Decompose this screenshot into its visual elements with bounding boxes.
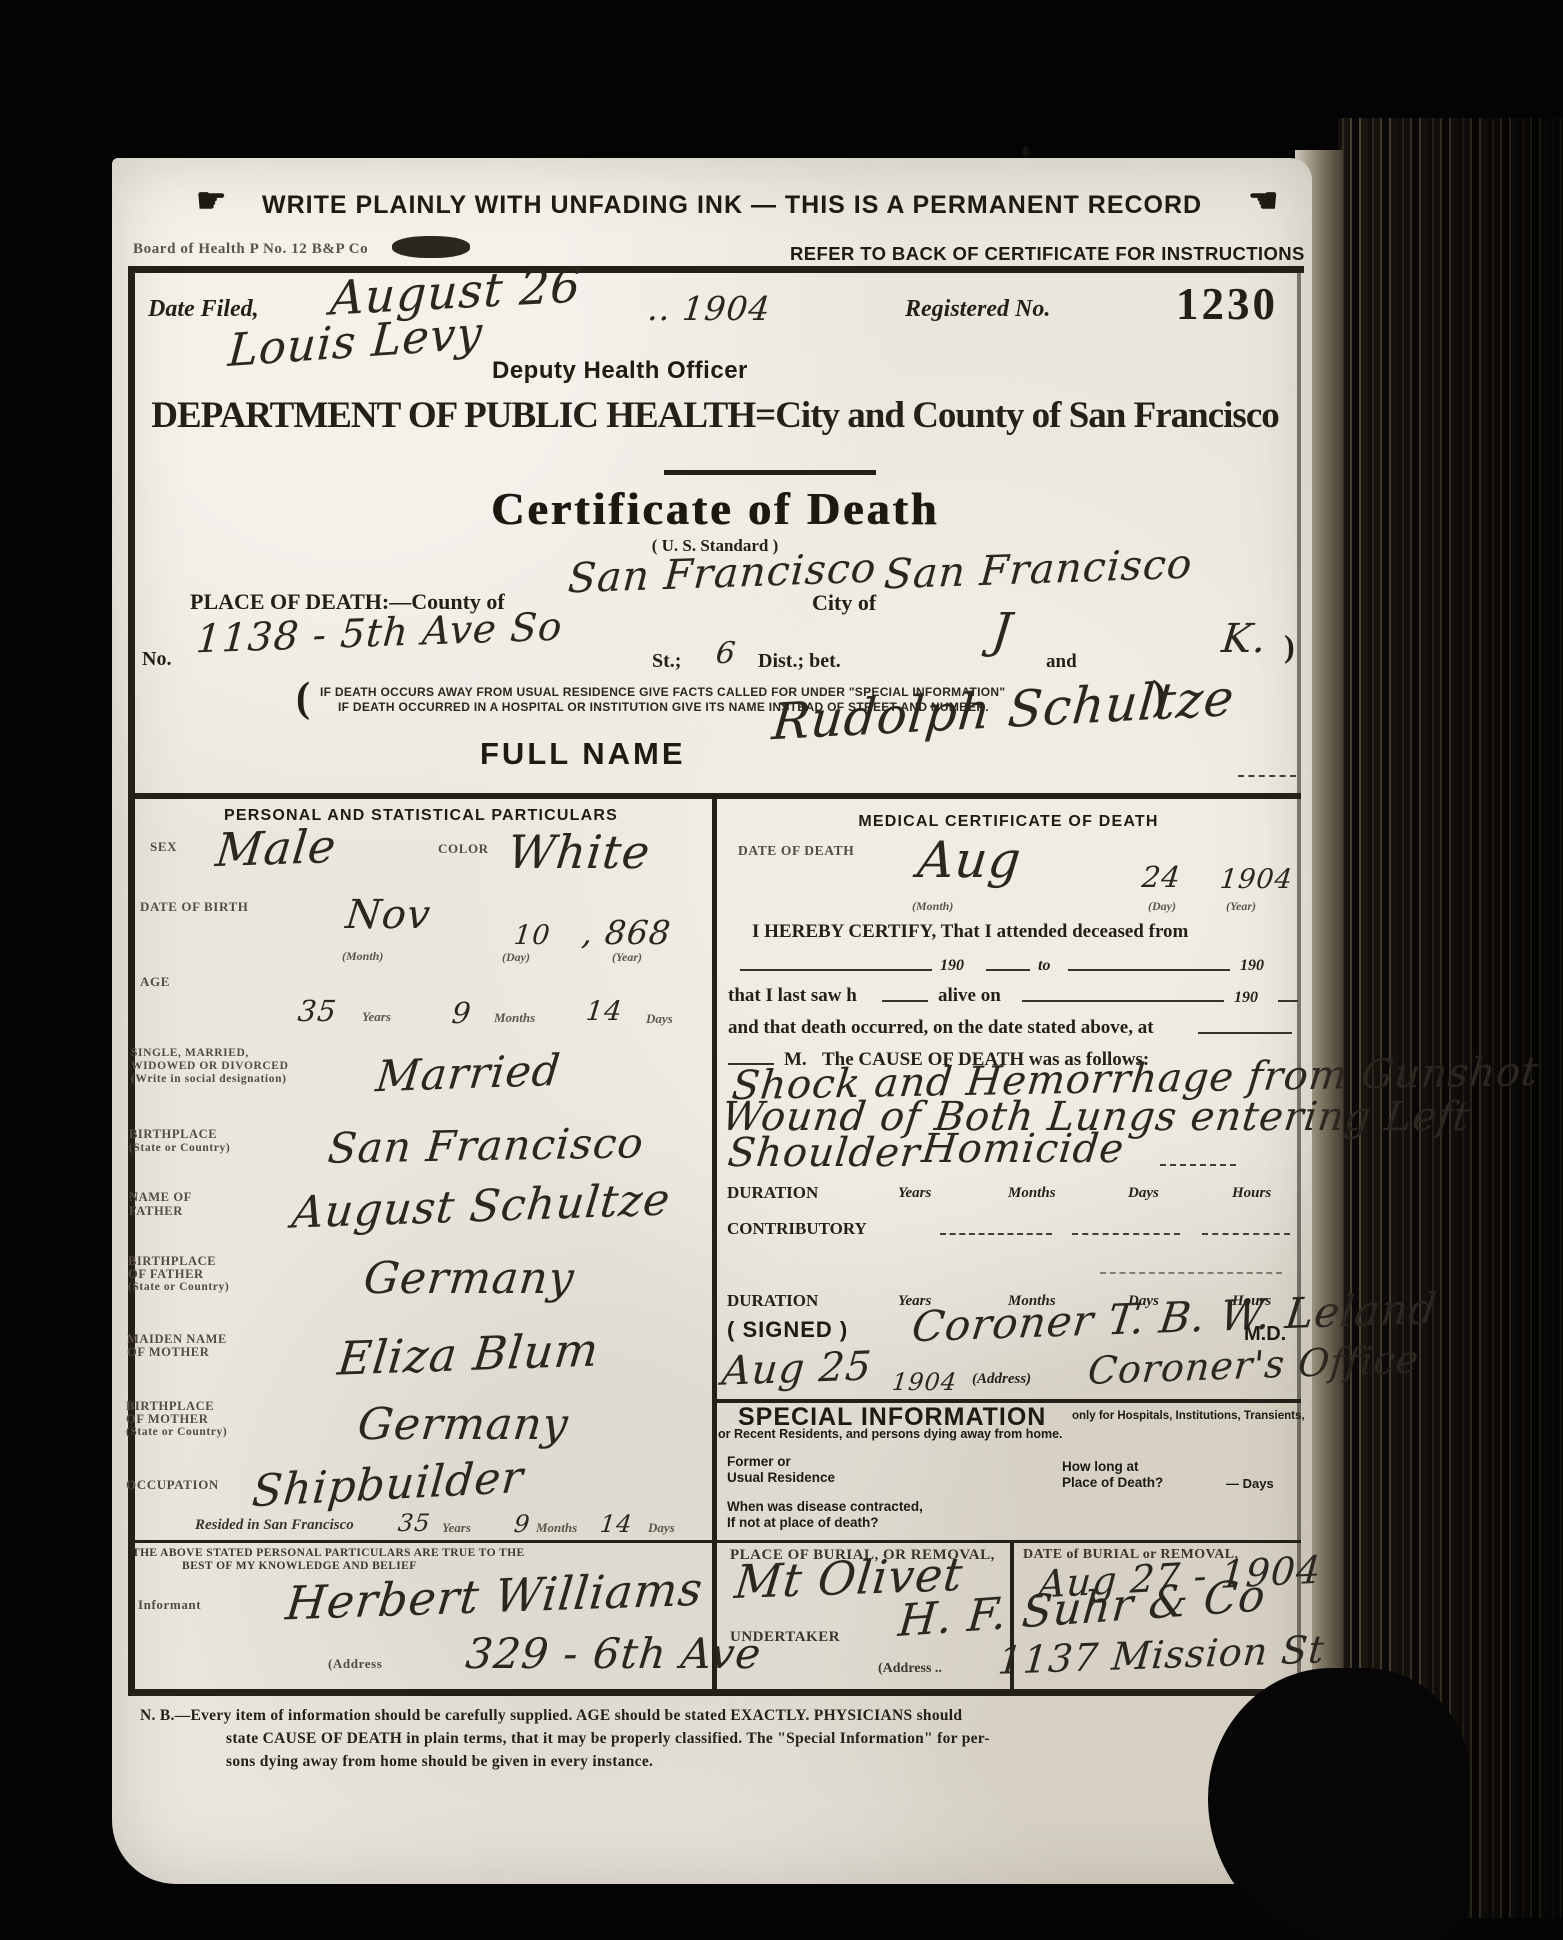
death-occurred-text: and that death occurred, on the date sta… [728,1018,1154,1038]
father-bp-label-2: OF FATHER [128,1268,204,1281]
marital-label-3: (Write in social designation) [131,1073,287,1085]
dod-year-caption: (Year) [1226,900,1256,913]
dob-label: DATE OF BIRTH [140,900,248,914]
blank-rule [1022,1000,1224,1002]
attest-line-1: THE ABOVE STATED PERSONAL PARTICULARS AR… [132,1547,525,1559]
mother-bp-value: Germany [356,1402,571,1448]
marital-label-2: WIDOWED OR DIVORCED [131,1060,289,1072]
microfilm-scan: ☛ WRITE PLAINLY WITH UNFADING INK — THIS… [0,0,1563,1940]
resided-years: 35 [397,1511,432,1536]
duration-label-2: DURATION [727,1292,818,1310]
certify-line: I HEREBY CERTIFY, That I attended deceas… [752,922,1188,942]
former-residence-label-2: Usual Residence [727,1471,835,1485]
refer-note: REFER TO BACK OF CERTIFICATE FOR INSTRUC… [790,244,1305,263]
resided-years-caption: Years [442,1521,471,1535]
officer-title: Deputy Health Officer [492,358,748,383]
city-label: City of [812,591,876,614]
pointing-hand-icon: ☚ [1248,184,1278,220]
blank-rule [986,969,1030,971]
former-residence-label-1: Former or [727,1455,791,1469]
cause-line-3a: Shoulder [726,1132,923,1174]
color-label: COLOR [438,842,489,856]
registered-number: 1230 [1176,281,1278,328]
marital-value: Married [374,1049,563,1101]
personal-section-title: PERSONAL AND STATISTICAL PARTICULARS [130,808,712,825]
days-suffix: — Days [1226,1477,1274,1491]
dob-day-caption: (Day) [502,951,530,964]
mother-bp-label-2: OF MOTHER [126,1413,208,1426]
blank-rule [740,969,932,971]
dotted-rule [940,1233,1052,1235]
resided-label: Resided in San Francisco [195,1518,354,1534]
how-long-label-1: How long at [1062,1460,1139,1474]
father-label-1: NAME OF [129,1191,192,1204]
registered-no-label: Registered No. [905,297,1050,322]
duration1-months: Months [1008,1186,1056,1202]
sex-label: SEX [150,840,177,854]
mother-label-2: OF MOTHER [127,1346,209,1359]
dod-year: 1904 [1219,866,1295,894]
footnote-line-3: sons dying away from home should be give… [226,1754,653,1770]
last-saw-text: that I last saw h [728,986,857,1006]
contributory-label: CONTRIBUTORY [727,1220,867,1238]
undertaker-label: UNDERTAKER [730,1630,840,1646]
birthplace-label-sub: (State or Country) [129,1142,230,1154]
dotted-rule [1160,1164,1236,1166]
age-years: 35 [296,996,338,1026]
age-days-caption: Days [646,1012,673,1026]
trailing-paren: ) [1284,630,1295,664]
signed-date: Aug 25 [720,1345,873,1392]
ink-speck [1022,146,1029,157]
footnote-line-1: N. B.—Every item of information should b… [140,1708,962,1724]
to-label: to [1038,958,1050,975]
title-rule [664,470,876,475]
father-bp-value: Germany [362,1256,577,1302]
disease-contracted-label-2: If not at place of death? [727,1516,879,1530]
dob-month: Nov [344,894,433,936]
dod-month: Aug [915,834,1024,887]
book-page-edges [1338,118,1563,1918]
between-2: K. [1220,618,1269,660]
birthplace-value: San Francisco [326,1121,646,1171]
full-name-label: FULL NAME [480,738,686,771]
father-label-2: FATHER [129,1205,183,1218]
dod-day: 24 [1140,862,1182,892]
age-months-caption: Months [494,1011,535,1025]
dod-day-caption: (Day) [1148,900,1176,913]
age-label: AGE [140,975,170,989]
footnote-line-2: state CAUSE OF DEATH in plain terms, tha… [226,1731,990,1747]
dob-month-caption: (Month) [342,950,383,963]
column-divider [712,793,717,1693]
mother-bp-label-3: (State or Country) [126,1426,227,1438]
blank-rule [1278,1000,1298,1002]
dotted-rule [1100,1272,1282,1274]
date-filed-year: .. 1904 [646,292,772,327]
father-bp-label-3: (State or Country) [128,1281,229,1293]
department-title: DEPARTMENT OF PUBLIC HEALTH=City and Cou… [130,397,1300,436]
note-open-paren: ( [296,676,310,720]
box-right-border [1297,266,1301,1696]
sex-value: Male [213,822,338,875]
duration1-days: Days [1128,1186,1159,1202]
city-value: San Francisco [883,543,1194,597]
signed-address-label: (Address) [972,1372,1031,1388]
date-filed-label: Date Filed, [148,297,259,322]
dod-label: DATE OF DEATH [738,844,854,858]
duration1-hours: Hours [1232,1186,1271,1202]
dotted-rule [1072,1233,1180,1235]
undertaker-address-label: (Address .. [878,1662,942,1677]
cause-line-3b: Homicide [920,1128,1127,1170]
lower-divider [128,1540,1301,1543]
marital-label-1: SINGLE, MARRIED, [131,1047,249,1059]
dotted-rule [1238,775,1296,777]
street-no-label: No. [142,649,171,670]
last-saw-190: 190 [1234,990,1258,1007]
color-value: White [505,828,652,876]
duration-label-1: DURATION [727,1184,818,1202]
resided-months-caption: Months [536,1521,577,1535]
resided-months: 9 [513,1512,532,1537]
dist-label: Dist.; bet. [758,651,841,672]
box-top-border [128,266,1304,273]
blank-rule [1068,969,1230,971]
dob-day: 10 [513,922,552,950]
scan-corner-blot [1208,1668,1470,1940]
pointing-hand-icon: ☛ [196,184,226,220]
form-reference: Board of Health P No. 12 B&P Co [133,242,368,258]
signed-year: 1904 [891,1370,959,1395]
age-months: 9 [450,998,473,1028]
and-label: and [1046,652,1077,672]
st-label: St.; [652,651,681,672]
medical-section-title: MEDICAL CERTIFICATE OF DEATH [717,814,1300,831]
banner-text: WRITE PLAINLY WITH UNFADING INK — THIS I… [262,192,1202,218]
year-190-a: 190 [940,958,964,975]
dotted-rule [1202,1233,1290,1235]
blank-rule [1198,1032,1292,1034]
special-info-note-1: only for Hospitals, Institutions, Transi… [1072,1410,1305,1422]
occupation-label: OCCUPATION [126,1478,219,1492]
age-years-caption: Years [362,1010,391,1024]
dob-year-caption: (Year) [612,951,642,964]
birthplace-label: BIRTHPLACE [129,1128,217,1141]
informant-address-value: 329 - 6th Ave [464,1632,764,1676]
year-190-b: 190 [1240,958,1264,975]
resided-days: 14 [599,1512,634,1537]
attest-line-2: BEST OF MY KNOWLEDGE AND BELIEF [182,1560,417,1572]
informant-label: Informant [138,1598,201,1612]
age-days: 14 [585,998,624,1026]
dob-year: , 868 [580,916,673,951]
resided-days-caption: Days [648,1521,675,1535]
alive-on-text: alive on [938,986,1001,1006]
disease-contracted-label-1: When was disease contracted, [727,1500,923,1514]
informant-address-label: (Address [328,1657,382,1671]
stamp-smudge [392,236,470,258]
duration1-years: Years [898,1186,931,1202]
signed-label: ( SIGNED ) [727,1318,848,1341]
blank-rule [882,1000,928,1002]
dod-month-caption: (Month) [912,900,953,913]
special-info-note-2: or Recent Residents, and persons dying a… [718,1428,1063,1441]
st-value: 6 [714,638,737,670]
mother-value: Eliza Blum [336,1325,602,1383]
how-long-label-2: Place of Death? [1062,1476,1163,1490]
certificate-title: Certificate of Death [130,485,1300,533]
